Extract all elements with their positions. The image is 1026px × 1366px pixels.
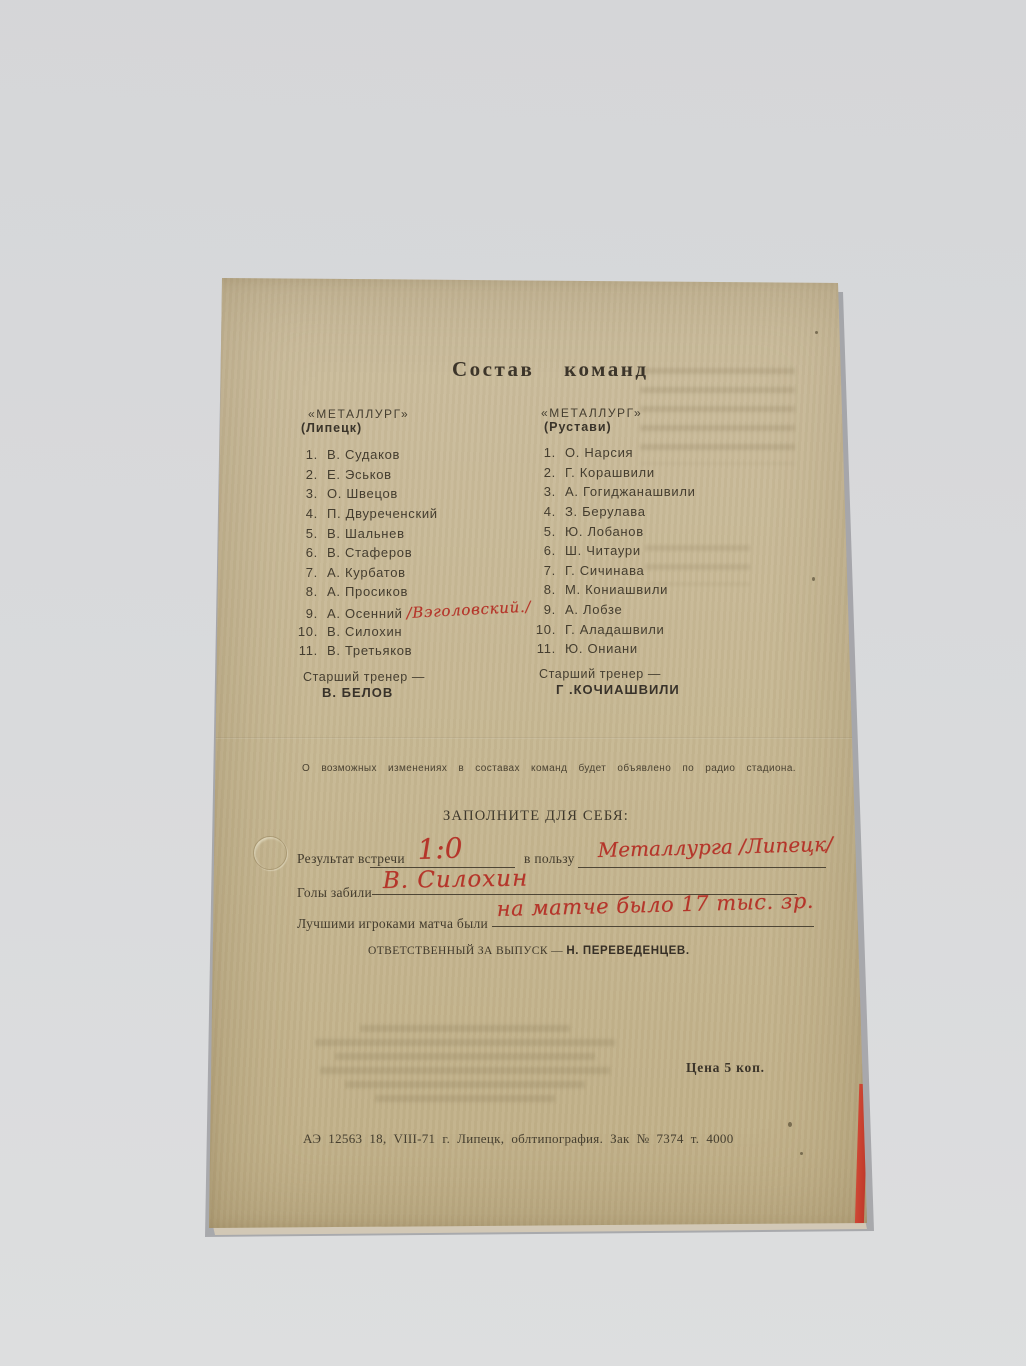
players-list-left: 1.В. Судаков2.Е. Эськов3.О. Швецов4.П. Д… bbox=[290, 447, 531, 663]
player-row: 10.В. Силохин bbox=[290, 624, 531, 644]
player-row: 7.Г. Сичинава bbox=[528, 563, 696, 583]
player-row: 8.М. Кониашвили bbox=[528, 582, 696, 602]
team-right-city: (Рустави) bbox=[544, 420, 612, 434]
player-name: М. Кониашвили bbox=[565, 582, 668, 597]
price: Цена 5 коп. bbox=[686, 1060, 765, 1076]
player-number: 5. bbox=[290, 526, 318, 541]
page-title: Состав команд bbox=[452, 357, 648, 382]
player-number: 2. bbox=[528, 465, 556, 480]
coach-left-label: Старший тренер — bbox=[303, 670, 425, 684]
player-row: 9.А. Осенний/Вэголовский./ bbox=[290, 604, 531, 624]
coach-right-name: Г .КОЧИАШВИЛИ bbox=[556, 682, 680, 697]
player-row: 10.Г. Аладашвили bbox=[528, 622, 696, 642]
fill-in-heading: ЗАПОЛНИТЕ ДЛЯ СЕБЯ: bbox=[443, 808, 629, 825]
player-number: 6. bbox=[528, 543, 556, 558]
player-row: 4.З. Берулава bbox=[528, 504, 696, 524]
goals-label: Голы забили bbox=[297, 885, 372, 901]
player-row: 6.В. Стаферов bbox=[290, 545, 531, 565]
player-name: Г. Корашвили bbox=[565, 465, 655, 480]
player-row: 2.Е. Эськов bbox=[290, 467, 531, 487]
in-favor-blank-line bbox=[578, 866, 826, 868]
radio-notice: О возможных изменениях в составах команд… bbox=[302, 763, 796, 774]
player-name: О. Нарсия bbox=[565, 445, 633, 460]
best-players-label: Лучшими игроками матча были bbox=[297, 916, 488, 932]
photo-of-match-programme: Состав команд «МЕТАЛЛУРГ» (Липецк) «МЕТА… bbox=[0, 0, 1026, 1366]
player-number: 4. bbox=[290, 506, 318, 521]
player-name: В. Силохин bbox=[327, 624, 402, 639]
team-left-city: (Липецк) bbox=[301, 421, 362, 435]
player-number: 6. bbox=[290, 545, 318, 560]
player-number: 10. bbox=[290, 624, 318, 639]
player-row: 3.О. Швецов bbox=[290, 486, 531, 506]
best-players-blank-line bbox=[492, 925, 814, 927]
player-row: 6.Ш. Читаури bbox=[528, 543, 696, 563]
player-name: П. Двуреченский bbox=[327, 506, 438, 521]
player-name: В. Судаков bbox=[327, 447, 400, 462]
handwritten-result: 1:0 bbox=[417, 831, 463, 866]
responsible-name: Н. ПЕРЕВЕДЕНЦЕВ. bbox=[566, 945, 689, 957]
coach-right-label: Старший тренер — bbox=[539, 667, 661, 681]
player-name: В. Стаферов bbox=[327, 545, 412, 560]
player-number: 3. bbox=[290, 486, 318, 501]
player-number: 4. bbox=[528, 504, 556, 519]
player-name: Е. Эськов bbox=[327, 467, 392, 482]
player-name: Г. Сичинава bbox=[565, 563, 644, 578]
player-row: 7.А. Курбатов bbox=[290, 565, 531, 585]
player-number: 7. bbox=[528, 563, 556, 578]
player-name: О. Швецов bbox=[327, 486, 398, 501]
player-row: 5.Ю. Лобанов bbox=[528, 524, 696, 544]
player-row: 9.А. Лобзе bbox=[528, 602, 696, 622]
responsible-label: ОТВЕТСТВЕННЫЙ ЗА ВЫПУСК — bbox=[368, 945, 566, 957]
player-number: 1. bbox=[290, 447, 318, 462]
player-number: 11. bbox=[290, 643, 318, 658]
player-row: 1.В. Судаков bbox=[290, 447, 531, 467]
player-row: 11.Ю. Ониани bbox=[528, 641, 696, 661]
player-name: Ю. Ониани bbox=[565, 641, 638, 656]
player-name: Г. Аладашвили bbox=[565, 622, 665, 637]
player-number: 8. bbox=[290, 584, 318, 599]
player-name: З. Берулава bbox=[565, 504, 646, 519]
player-number: 1. bbox=[528, 445, 556, 460]
player-number: 10. bbox=[528, 622, 556, 637]
player-row: 11.В. Третьяков bbox=[290, 643, 531, 663]
handwritten-goals: В. Силохин bbox=[383, 865, 529, 894]
player-name: А. Просиков bbox=[327, 584, 408, 599]
player-name: А. Осенний bbox=[327, 606, 403, 621]
player-number: 5. bbox=[528, 524, 556, 539]
player-number: 2. bbox=[290, 467, 318, 482]
programme-content: Состав команд «МЕТАЛЛУРГ» (Липецк) «МЕТА… bbox=[0, 0, 1026, 1366]
handwritten-in-favor: Металлурга /Липецк/ bbox=[597, 832, 833, 862]
coach-left-name: В. БЕЛОВ bbox=[322, 685, 393, 700]
player-number: 8. bbox=[528, 582, 556, 597]
player-row: 2.Г. Корашвили bbox=[528, 465, 696, 485]
team-left-name: «МЕТАЛЛУРГ» bbox=[308, 407, 409, 421]
team-right-name: «МЕТАЛЛУРГ» bbox=[541, 406, 642, 420]
player-name: В. Шальнев bbox=[327, 526, 405, 541]
in-favor-label: в пользу bbox=[524, 851, 575, 867]
player-name: А. Гогиджанашвили bbox=[565, 484, 696, 499]
player-name: А. Лобзе bbox=[565, 602, 622, 617]
players-list-right: 1.О. Нарсия2.Г. Корашвили3.А. Гогиджанаш… bbox=[528, 445, 696, 661]
print-imprint: АЭ 12563 18, VIII-71 г. Липецк, облтипог… bbox=[303, 1131, 734, 1147]
responsible-line: ОТВЕТСТВЕННЫЙ ЗА ВЫПУСК — Н. ПЕРЕВЕДЕНЦЕ… bbox=[368, 945, 690, 957]
player-row: 1.О. Нарсия bbox=[528, 445, 696, 465]
player-row: 3.А. Гогиджанашвили bbox=[528, 484, 696, 504]
player-name: Ю. Лобанов bbox=[565, 524, 644, 539]
player-row: 4.П. Двуреченский bbox=[290, 506, 531, 526]
player-number: 9. bbox=[290, 606, 318, 621]
player-number: 3. bbox=[528, 484, 556, 499]
result-label: Результат встречи bbox=[297, 851, 405, 867]
player-row: 5.В. Шальнев bbox=[290, 526, 531, 546]
player-number: 9. bbox=[528, 602, 556, 617]
player-number: 11. bbox=[528, 641, 556, 656]
player-name: В. Третьяков bbox=[327, 643, 412, 658]
player-number: 7. bbox=[290, 565, 318, 580]
player-name: Ш. Читаури bbox=[565, 543, 641, 558]
player-name: А. Курбатов bbox=[327, 565, 406, 580]
